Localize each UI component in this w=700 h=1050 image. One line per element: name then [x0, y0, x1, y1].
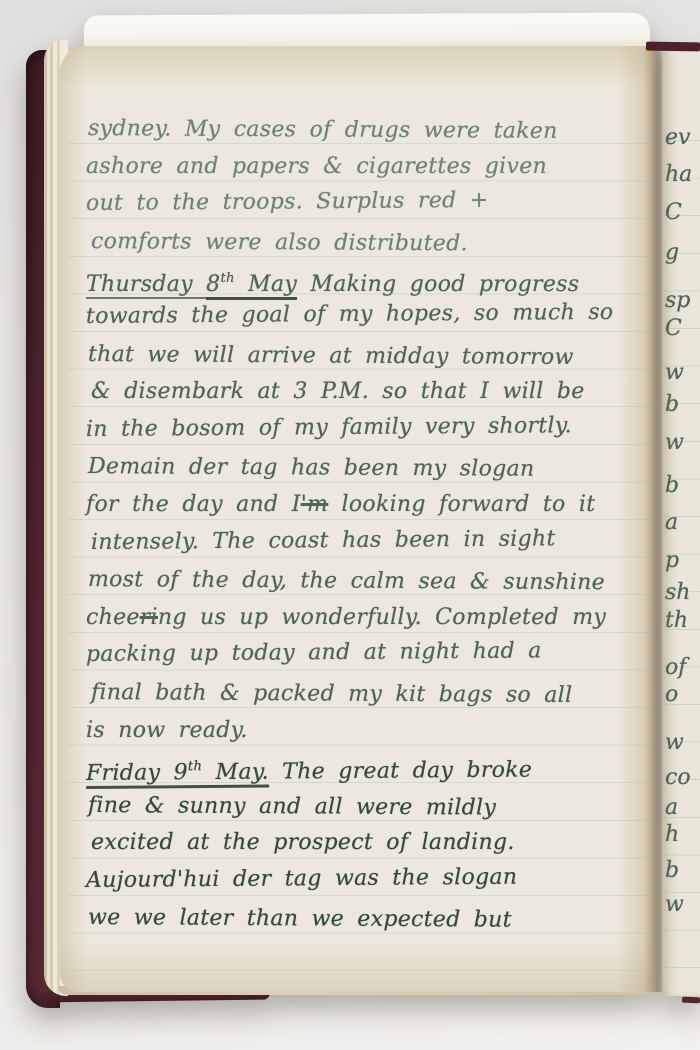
cover-corner-bottom-right — [682, 997, 700, 1004]
diary-fragment: g — [665, 240, 679, 265]
diary-fragment: o — [665, 682, 678, 707]
diary-line: out to the troops. Surplus red + — [86, 181, 642, 223]
gutter-shadow — [644, 46, 664, 992]
diary-fragment: b — [665, 473, 679, 498]
diary-line: is now ready. — [86, 712, 642, 750]
diary-fragment: co — [665, 765, 691, 790]
diary-line: fine & sunny and all were mildly — [88, 787, 642, 828]
diary-line: excited at the prospect of landing. — [91, 824, 642, 862]
diary-fragment: th — [665, 608, 688, 633]
diary-fragment: b — [665, 858, 679, 883]
diary-line: packing up today and at night had a — [86, 632, 642, 674]
diary-fragment: b — [665, 392, 679, 417]
diary-fragment: ha — [665, 162, 692, 187]
diary-fragment: w — [665, 360, 684, 385]
diary-line: & disembark at 3 P.M. so that I will be — [91, 373, 642, 411]
spine-cover-sliver — [646, 42, 700, 52]
diary-line: intensely. The coast has been in sight — [91, 519, 642, 561]
diary-line: ashore and papers & cigarettes given — [86, 148, 642, 186]
diary-line: Friday 9th May. The great day broke — [86, 745, 642, 787]
diary-fragment: ev — [665, 125, 690, 150]
diary-fragment: C — [665, 316, 682, 341]
diary-line: sydney. My cases of drugs were taken — [88, 110, 642, 151]
diary-fragment: a — [665, 510, 678, 535]
diary-fragment: sh — [665, 580, 690, 605]
diary-fragment: h — [665, 822, 679, 847]
diary-line: towards the goal of my hopes, so much so — [86, 294, 642, 336]
diary-line: comforts were also distributed. — [91, 223, 642, 264]
photo-background: sydney. My cases of drugs were takenasho… — [0, 0, 700, 1050]
diary-fragment: C — [665, 200, 682, 225]
diary-line: most of the day, the calm sea & sunshine — [88, 561, 642, 602]
diary-line: Demain der tag has been my slogan — [88, 448, 642, 489]
diary-entries: sydney. My cases of drugs were takenasho… — [86, 110, 642, 937]
right-page: evhaCgspCwbwbapshthofowcoahbw — [662, 46, 700, 996]
diary-line: for the day and I'm looking forward to i… — [86, 486, 642, 524]
diary-fragment: w — [665, 430, 684, 455]
diary-fragment: of — [665, 655, 686, 680]
diary-fragment: p — [665, 548, 679, 573]
diary-fragment: w — [665, 730, 684, 755]
diary-fragment: a — [665, 795, 678, 820]
diary-line: Aujourd'hui der tag was the slogan — [86, 858, 642, 900]
diary-line: we we later than we expected but — [88, 899, 642, 940]
diary-line: that we will arrive at midday tomorrow — [88, 336, 642, 377]
diary-line: in the bosom of my family very shortly. — [86, 406, 642, 448]
notebook: sydney. My cases of drugs were takenasho… — [0, 0, 700, 1050]
diary-fragment: sp — [665, 288, 690, 313]
diary-line: final bath & packed my kit bags so all — [91, 674, 642, 715]
diary-line: cheering us up wonderfully. Completed my — [86, 599, 642, 637]
diary-fragment: w — [665, 892, 684, 917]
diary-line: Thursday 8th May Making good progress — [86, 260, 642, 298]
left-page: sydney. My cases of drugs were takenasho… — [60, 46, 652, 992]
